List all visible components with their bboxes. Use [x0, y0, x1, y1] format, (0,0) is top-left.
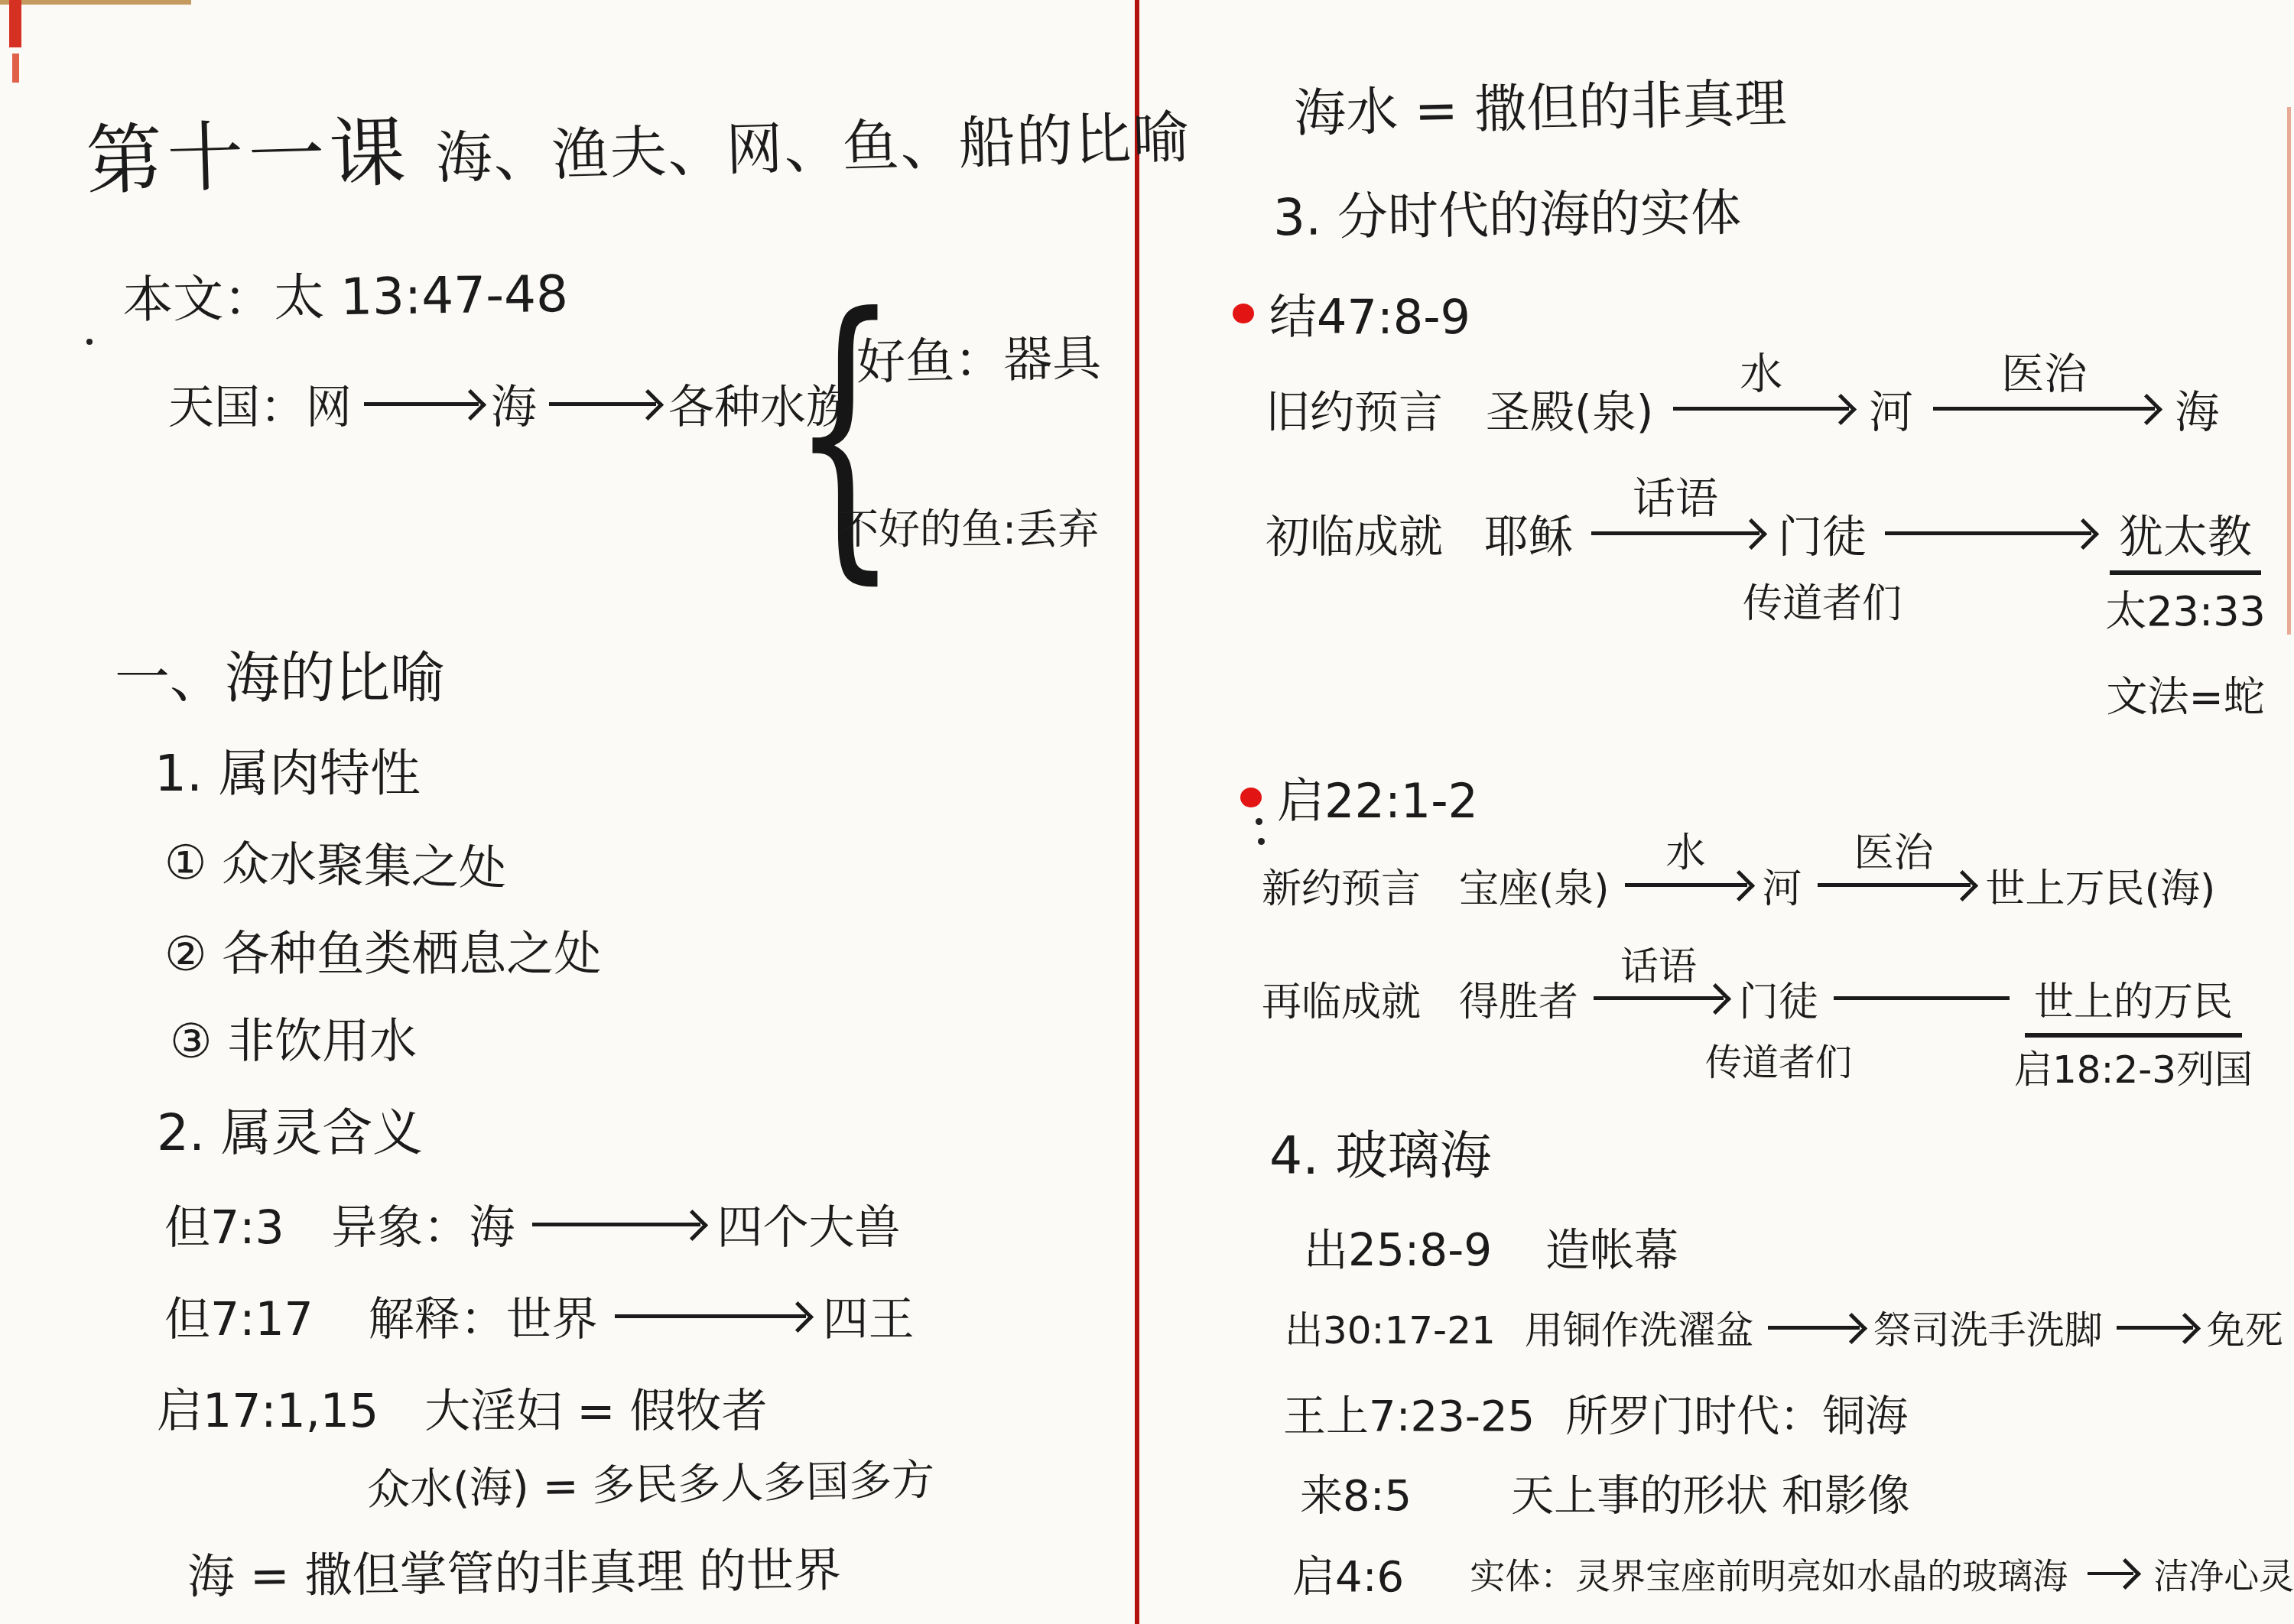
- left-edge-red-mark: [9, 0, 21, 47]
- section4-heading: 4. 玻璃海: [1269, 1115, 1492, 1189]
- ezekiel-ref-row: 结47:8-9: [1233, 279, 1470, 347]
- jesus-node: 耶稣: [1484, 501, 1573, 565]
- verse-ref: 出30:17-21: [1285, 1300, 1496, 1355]
- throne-node: 宝座(泉): [1459, 856, 1610, 914]
- dan7-17-text: 解释：世界: [369, 1283, 598, 1349]
- ezekiel-fulfillment-row: 初临成就 耶稣 话语 门徒 传道者们 犹太教 太23:33 文法=蛇: [1266, 501, 2261, 565]
- row-label: 旧约预言: [1266, 376, 1443, 440]
- dan7-3-result: 四个大兽: [717, 1191, 901, 1257]
- row-label: 再临成就: [1262, 970, 1421, 1027]
- exo25-row: 出25:8-9 造帐幕: [1304, 1214, 1678, 1278]
- rev22-fulfillment-row: 再临成就 得胜者 话语 门徒 传道者们 世上的万民 启18:2-3列国: [1262, 970, 2242, 1027]
- lesson-topic: 海、渔夫、网、鱼、船的比喻: [434, 105, 1191, 192]
- verse-ref: 结47:8-9: [1269, 279, 1470, 347]
- red-bullet-icon: [1233, 304, 1254, 323]
- arrow-label: 话语: [1633, 465, 1718, 526]
- dan7-3-row: 但7:3 异象：海 四个大兽: [164, 1191, 901, 1257]
- rev4-text: 实体：灵界宝座前明亮如水晶的玻璃海: [1470, 1548, 2068, 1599]
- flow-start: 天国：网: [168, 371, 352, 437]
- sea-node: 海: [2175, 376, 2219, 440]
- ink-speck: [1258, 838, 1265, 845]
- disciples-label: 门徒: [1739, 979, 1818, 1025]
- long-arrow-icon: [1885, 531, 2091, 535]
- list-item: ② 各种鱼类栖息之处: [164, 916, 601, 984]
- dan7-17-result: 四王: [823, 1283, 915, 1349]
- scripture-ref: 本文：太 13:47-48: [122, 253, 568, 332]
- temple-node: 圣殿(泉): [1486, 376, 1653, 440]
- exo30-text2: 祭司洗手洗脚: [1873, 1300, 2103, 1355]
- arrow-right-icon: [2117, 1326, 2193, 1330]
- arrow-right-icon: [549, 402, 656, 406]
- ink-speck: [86, 339, 93, 345]
- labeled-arrow-word: 话语: [1591, 531, 1759, 535]
- world-peoples-label: 世上的万民: [2025, 979, 2242, 1038]
- disciples-node: 门徒 传道者们: [1739, 970, 1818, 1027]
- arrow-label: 水: [1740, 340, 1782, 401]
- rev4-row: 启4:6 实体：灵界宝座前明亮如水晶的玻璃海 洁净心灵: [1292, 1543, 2294, 1604]
- dan7-3-text: 异象：海: [332, 1191, 515, 1257]
- kings-row: 王上7:23-25 所罗门时代：铜海: [1283, 1382, 1908, 1444]
- arrow-right-icon: [1768, 1326, 1860, 1330]
- branch-good-fish: 好鱼：器具: [856, 319, 1102, 394]
- hebrews-row: 来8:5 天上事的形状 和影像: [1300, 1462, 1910, 1523]
- labeled-arrow-water: 水: [1625, 883, 1747, 887]
- equation-many-waters: 众水(海) = 多民多人多国多方: [366, 1447, 935, 1518]
- exo25-text: 造帐幕: [1545, 1214, 1678, 1278]
- section1-sub1: 1. 属肉特性: [154, 732, 421, 805]
- verse-ref: 启4:6: [1292, 1543, 1404, 1604]
- verse-ref: 但7:17: [164, 1283, 314, 1349]
- world-peoples-verse: 启18:2-3列国: [2014, 1039, 2253, 1094]
- disciples-subtext: 传道者们: [1743, 571, 1902, 628]
- verse-ref: 来8:5: [1300, 1462, 1412, 1523]
- labeled-arrow-water: 水: [1673, 407, 1849, 411]
- lesson-number: 第十一课: [85, 107, 411, 206]
- ezekiel-prophecy-row: 旧约预言 圣殿(泉) 水 河 医治 海: [1266, 376, 2219, 440]
- arrow-label: 医治: [2001, 340, 2087, 401]
- hebrews-text: 天上事的形状 和影像: [1511, 1462, 1910, 1523]
- lesson-title: 第十一课 海、渔夫、网、鱼、船的比喻: [84, 69, 1192, 209]
- arrow-label: 医治: [1854, 820, 1934, 878]
- notebook-scan: 第十一课 海、渔夫、网、鱼、船的比喻 本文：太 13:47-48 天国：网 海 …: [0, 0, 2294, 1624]
- row-label: 新约预言: [1262, 856, 1421, 914]
- labeled-arrow-word: 话语: [1594, 996, 1724, 1000]
- arrow-right-icon: [2088, 1572, 2133, 1575]
- world-peoples-node: 世上的万民 启18:2-3列国: [2025, 970, 2242, 1027]
- rev17-text: 大淫妇 = 假牧者: [424, 1375, 767, 1440]
- branch-bad-fish: 不好的鱼:丢弃: [837, 497, 1099, 556]
- page-divider-line: [1135, 0, 1139, 1624]
- arrow-label: 水: [1666, 820, 1706, 878]
- section1-heading: 一、海的比喻: [115, 633, 445, 713]
- rev4-result: 洁净心灵: [2153, 1548, 2294, 1599]
- dan7-17-row: 但7:17 解释：世界 四王: [164, 1283, 915, 1349]
- judaism-label: 犹太教: [2110, 511, 2261, 575]
- disciples-label: 门徒: [1778, 511, 1867, 563]
- verse-ref: 出25:8-9: [1304, 1214, 1492, 1278]
- kingdom-flow-row: 天国：网 海 各种水族: [168, 371, 852, 437]
- arrow-label: 话语: [1620, 936, 1697, 991]
- verse-ref: 启17:1,15: [157, 1375, 379, 1440]
- peoples-sea-node: 世上万民(海): [1986, 856, 2216, 914]
- long-line-icon: [1834, 996, 2010, 1000]
- exo30-row: 出30:17-21 用铜作洗濯盆 祭司洗手洗脚 免死: [1285, 1300, 2283, 1355]
- rev17-row: 启17:1,15 大淫妇 = 假牧者: [157, 1375, 768, 1440]
- river-node: 河: [1763, 856, 1802, 914]
- kings-text: 所罗门时代：铜海: [1565, 1382, 1908, 1444]
- rev22-prophecy-row: 新约预言 宝座(泉) 水 河 医治 世上万民(海): [1262, 856, 2215, 914]
- exo30-text1: 用铜作洗濯盆: [1525, 1300, 1754, 1355]
- labeled-arrow-healing: 医治: [1933, 407, 2155, 411]
- overcomer-node: 得胜者: [1459, 970, 1578, 1027]
- river-node: 河: [1869, 376, 1913, 440]
- right-edge-red-line: [2287, 107, 2291, 635]
- labeled-arrow-healing: 医治: [1818, 883, 1971, 887]
- judaism-node: 犹太教 太23:33 文法=蛇: [2110, 501, 2261, 565]
- disciples-node: 门徒 传道者们: [1778, 501, 1867, 565]
- red-bullet-icon: [1240, 788, 1262, 807]
- list-item: ③ 非饮用水: [170, 1003, 417, 1071]
- arrow-right-icon: [364, 402, 479, 406]
- list-item: ① 众水聚集之处: [164, 824, 507, 898]
- rev22-ref-row: 启22:1-2: [1240, 763, 1478, 831]
- disciples-subtext: 传道者们: [1705, 1033, 1852, 1086]
- top-edge-line: [0, 0, 191, 5]
- section3-heading: 3. 分时代的海的实体: [1273, 172, 1742, 249]
- judaism-note: 文法=蛇: [2106, 664, 2264, 723]
- verse-ref: 王上7:23-25: [1283, 1382, 1535, 1444]
- equation-sea-world: 海 = 撒但掌管的非真理 的世界: [187, 1532, 842, 1607]
- arrow-right-icon: [532, 1223, 700, 1226]
- verse-ref: 启22:1-2: [1277, 763, 1478, 831]
- judaism-verse: 太23:33: [2105, 579, 2266, 638]
- row-label: 初临成就: [1266, 501, 1443, 565]
- exo30-text3: 免死: [2207, 1300, 2283, 1355]
- section1-sub2: 2. 属灵含义: [157, 1092, 423, 1164]
- equation-seawater: 海水 = 撒但的非真理: [1293, 62, 1787, 146]
- arrow-right-icon: [615, 1314, 806, 1318]
- left-edge-red-mark-small: [12, 54, 19, 83]
- flow-mid: 海: [491, 371, 537, 437]
- verse-ref: 但7:3: [164, 1191, 284, 1257]
